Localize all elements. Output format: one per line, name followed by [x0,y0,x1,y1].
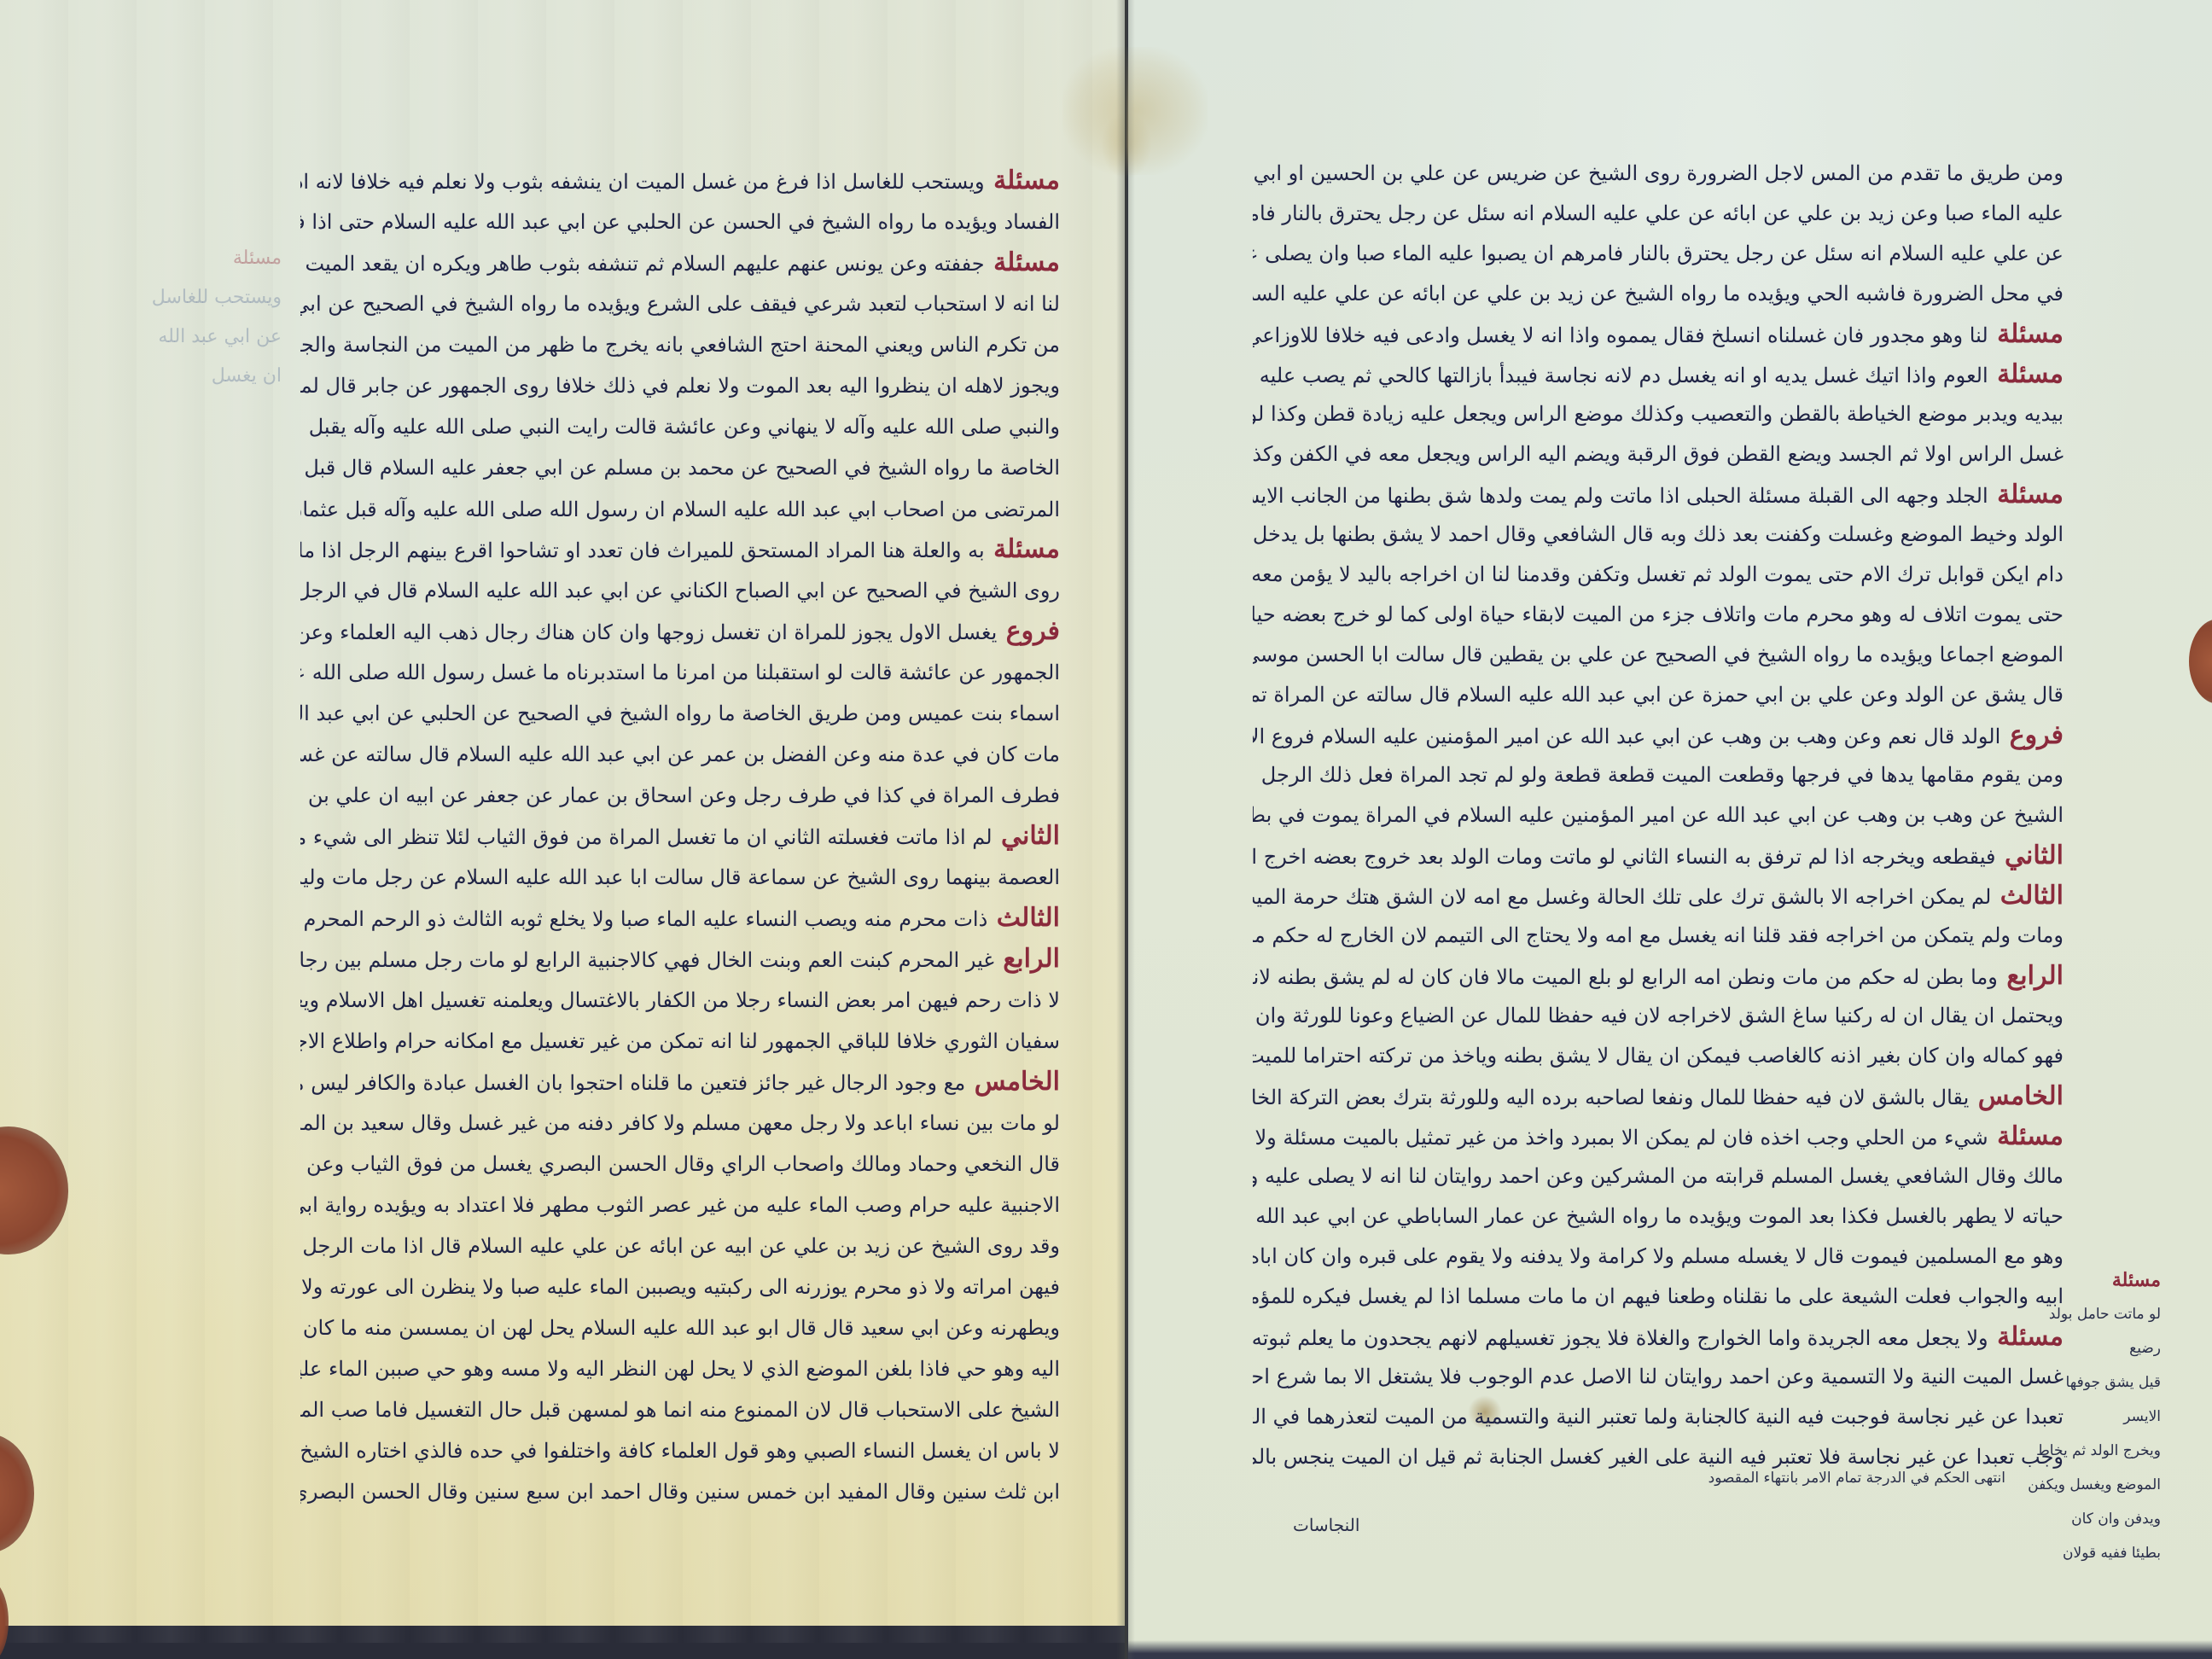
manuscript-line: لا باس ان يغسل النساء الصبي وهو قول العل… [300,1430,1060,1471]
manuscript-line: سفيان الثوري خلافا للباقي الجمهور لنا ان… [300,1021,1060,1062]
manuscript-line: مسئلة ولا يجعل معه الجريدة واما الخوارج … [1253,1317,2064,1357]
ghost-line: ويستحب للغاسل [111,278,282,317]
line-text: روى الشيخ في الصحيح عن ابي الصباح الكنان… [300,579,1060,602]
line-text: غسل الراس اولا ثم الجسد ويضع القطن فوق ا… [1253,442,2064,466]
manuscript-line: فروع يغسل الاول يجوز للمراة ان تغسل زوجه… [300,611,1060,652]
marginal-note: مسئلة لو ماتت حامل بولد رضيع قيل يشق جوف… [2024,1263,2161,1570]
margin-line: ويدفن وان كان [2024,1502,2161,1536]
line-text: الموضع اجماعا ويؤيده ما رواه الشيخ في ال… [1253,643,2064,667]
line-text: لنا وهو مجدور فان غسلناه انسلخ فقال يممو… [1253,323,1988,347]
line-text: اليه وهو حي فاذا بلغن الموضع الذي لا يحل… [300,1357,1060,1381]
manuscript-line: الولد وخيط الموضع وغسلت وكفنت بعد ذلك وب… [1253,515,2064,555]
manuscript-line: الشيخ عن وهب بن وهب عن ابي عبد الله عن ا… [1253,795,2064,835]
rubric-heading: مسئلة [1988,1121,2064,1151]
line-text: وجب تعبدا عن غير نجاسة فلا تعتبر فيه الن… [1253,1445,2064,1469]
bleed-through-text: مسئلة ويستحب للغاسل عن ابي عبد الله ان ي… [111,239,282,396]
rubric-heading: الرابع [994,944,1060,974]
margin-line: الموضع ويغسل ويكفن [2024,1468,2161,1502]
line-text: والنبي صلى الله عليه وآله لا ينهاني وعن … [300,415,1060,439]
margin-line: لو ماتت حامل بولد رضيع [2024,1297,2161,1365]
line-text: العصمة بينهما روى الشيخ عن سماعة قال سال… [300,865,1060,889]
line-text: الخاصة ما رواه الشيخ في الصحيح عن محمد ب… [300,456,1060,480]
line-text: حتى يموت اتلاف له وهو محرم مات واتلاف جز… [1253,602,2064,626]
line-text: الولد قال نعم وعن وهب بن وهب عن ابي عبد … [1253,725,2000,748]
right-page-text-block: ومن طريق ما تقدم من المس لاجل الضرورة رو… [1253,154,2064,1477]
line-text: مات كان في عدة منه وعن الفضل بن عمر عن ا… [300,742,1060,766]
rubric-heading: مسئلة [1988,319,2064,349]
manuscript-line: حياته لا يطهر بالغسل فكذا بعد الموت ويؤي… [1253,1196,2064,1237]
manuscript-line: قال النخعي وحماد ومالك واصحاب الراي وقال… [300,1144,1060,1185]
line-text: الشيخ عن وهب بن وهب عن ابي عبد الله عن ا… [1253,803,2064,827]
manuscript-line: الفساد ويؤيده ما رواه الشيخ في الحسن عن … [300,201,1060,242]
manuscript-line: مسئلة الجلد وجهه الى القبلة مسئلة الحبلى… [1253,474,2064,515]
line-text: لا باس ان يغسل النساء الصبي وهو قول العل… [300,1439,1060,1463]
line-text: الجلد وجهه الى القبلة مسئلة الحبلى اذا م… [1253,484,1988,508]
line-text: فهو كماله وان كان بغير اذنه كالغاصب فيمك… [1253,1044,2064,1068]
line-text: عن علي عليه السلام انه سئل عن رجل يحترق … [1253,242,2064,265]
manuscript-line: ومن يقوم مقامها يدها في فرجها وقطعت المي… [1253,755,2064,795]
rubric-heading: الثالث [987,903,1060,933]
margin-line: قيل يشق جوفها الايسر [2024,1365,2161,1434]
right-page-bottom-edge [1128,1640,2212,1659]
manuscript-line: لنا انه لا استحباب لتعبد شرعي فيقف على ا… [300,283,1060,324]
line-text: المرتضى من اصحاب ابي عبد الله عليه السلا… [300,498,1060,521]
line-text: عليه الماء صبا وعن زيد بن علي عن ابائه ع… [1253,201,2064,225]
manuscript-line: العصمة بينهما روى الشيخ عن سماعة قال سال… [300,857,1060,898]
ghost-line: عن ابي عبد الله [111,317,282,357]
line-text: الاجنبية عليه حرام وصب الماء عليه من غير… [300,1193,1060,1217]
manuscript-line: روى الشيخ في الصحيح عن ابي الصباح الكنان… [300,570,1060,611]
line-text: الشيخ على الاستحباب قال لان الممنوع منه … [300,1398,1060,1422]
line-text: الجمهور عن عائشة قالت لو استقبلنا من امر… [300,661,1060,684]
line-text: ذات محرم منه ويصب النساء عليه الماء صبا … [300,907,987,931]
manuscript-line: مسئلة لنا وهو مجدور فان غسلناه انسلخ فقا… [1253,314,2064,354]
line-text: لا ذات رحم فيهن امر بعض النساء رجلا من ا… [300,988,1060,1012]
rubric-heading: فروع [2000,720,2064,750]
manuscript-line: الشيخ على الاستحباب قال لان الممنوع منه … [300,1389,1060,1430]
line-text: بيديه ويدبر موضع الخياطة بالقطن والتعصيب… [1253,402,2064,426]
manuscript-line: مسئلة جففته وعن يونس عنهم عليهم السلام ث… [300,242,1060,283]
line-text: لم يمكن اخراجه الا بالشق ترك على تلك الح… [1253,885,1991,909]
manuscript-line: لا ذات رحم فيهن امر بعض النساء رجلا من ا… [300,980,1060,1021]
ghost-line: مسئلة [111,239,282,278]
margin-line: بطيئا ففيه قولان [2024,1536,2161,1570]
manuscript-line: ويطهرنه وعن ابي سعيد قال قال ابو عبد الل… [300,1307,1060,1348]
line-text: من تكرم الناس ويعني المحنة احتج الشافعي … [300,333,1060,357]
manuscript-line: والنبي صلى الله عليه وآله لا ينهاني وعن … [300,406,1060,447]
manuscript-line: غسل الميت النية ولا التسمية وعن احمد روا… [1253,1357,2064,1397]
manuscript-line: الخاصة ما رواه الشيخ في الصحيح عن محمد ب… [300,447,1060,488]
rubric-heading: فروع [997,616,1060,646]
ghost-line: ان يغسل [111,357,282,396]
manuscript-line: ابن ثلث سنين وقال المفيد ابن خمس سنين وق… [300,1471,1060,1512]
line-text: مع وجود الرجال غير جائز فتعين ما قلناه ا… [300,1071,965,1095]
line-text: تعبدا عن غير نجاسة فوجبت فيه النية كالجن… [1253,1405,2064,1429]
line-text: حياته لا يطهر بالغسل فكذا بعد الموت ويؤي… [1253,1204,2064,1228]
manuscript-line: مالك وقال الشافعي يغسل المسلم قرابته من … [1253,1156,2064,1196]
line-text: ابن ثلث سنين وقال المفيد ابن خمس سنين وق… [300,1480,1060,1504]
line-text: غسل الميت النية ولا التسمية وعن احمد روا… [1253,1365,2064,1388]
line-text: قال يشق عن الولد وعن علي بن ابي حمزة عن … [1253,683,2064,707]
manuscript-line: قال يشق عن الولد وعن علي بن ابي حمزة عن … [1253,675,2064,715]
line-text: وهو مع المسلمين فيموت قال لا يغسله مسلم … [1253,1244,2064,1268]
line-text: العوم واذا اتيك غسل يديه او انه يغسل دم … [1253,364,1988,387]
manuscript-line: الموضع اجماعا ويؤيده ما رواه الشيخ في ال… [1253,635,2064,675]
book-gutter [1116,0,1135,1659]
line-text: فيهن امراته ولا ذو محرم يوزرنه الى ركبتي… [300,1275,1060,1299]
manuscript-line: ابيه والجواب فعلت الشيعة على ما نقلناه و… [1253,1277,2064,1317]
manuscript-line: تعبدا عن غير نجاسة فوجبت فيه النية كالجن… [1253,1397,2064,1437]
line-text: الولد وخيط الموضع وغسلت وكفنت بعد ذلك وب… [1253,522,2064,546]
rubric-heading: الثاني [992,821,1060,851]
rubric-heading: مسئلة [985,166,1060,195]
manuscript-line: فطرف المراة في كذا في طرف رجل وعن اسحاق … [300,775,1060,816]
rubric-heading: الثالث [1991,881,2064,911]
manuscript-line: الرابع غير المحرم كبنت العم وبنت الخال ف… [300,939,1060,980]
line-text: لو مات بين نساء اباعد ولا رجل معهن مسلم … [300,1111,1060,1135]
manuscript-line: فيهن امراته ولا ذو محرم يوزرنه الى ركبتي… [300,1266,1060,1307]
manuscript-line: وقد روى الشيخ عن زيد بن علي عن ابيه عن ا… [300,1225,1060,1266]
line-text: فطرف المراة في كذا في طرف رجل وعن اسحاق … [300,783,1060,807]
manuscript-line: الجمهور عن عائشة قالت لو استقبلنا من امر… [300,652,1060,693]
manuscript-line: وهو مع المسلمين فيموت قال لا يغسله مسلم … [1253,1237,2064,1277]
line-text: في محل الضرورة فاشبه الحي ويؤيده ما رواه… [1253,282,2064,306]
manuscript-line: فروع الولد قال نعم وعن وهب بن وهب عن ابي… [1253,715,2064,755]
line-text: جففته وعن يونس عنهم عليهم السلام ثم تنشف… [300,252,985,276]
line-text: ويحتمل ان يقال ان له ركنيا ساغ الشق لاخر… [1253,1004,2064,1027]
manuscript-line: الاجنبية عليه حرام وصب الماء عليه من غير… [300,1185,1060,1225]
manuscript-line: عليه الماء صبا وعن زيد بن علي عن ابائه ع… [1253,194,2064,234]
manuscript-line: ومات ولم يتمكن من اخراجه فقد قلنا انه يغ… [1253,916,2064,956]
rubric-heading: مسئلة [985,247,1060,277]
rubric-heading: مسئلة [1988,480,2064,509]
line-text: الفساد ويؤيده ما رواه الشيخ في الحسن عن … [300,210,1060,234]
line-text: ويستحب للغاسل اذا فرغ من غسل الميت ان ين… [300,170,985,194]
line-text: ويجوز لاهله ان ينظروا اليه بعد الموت ولا… [300,374,1060,398]
manuscript-line: اليه وهو حي فاذا بلغن الموضع الذي لا يحل… [300,1348,1060,1389]
manuscript-line: حتى يموت اتلاف له وهو محرم مات واتلاف جز… [1253,595,2064,635]
line-text: وقد روى الشيخ عن زيد بن علي عن ابيه عن ا… [300,1234,1060,1258]
manuscript-line: مسئلة شيء من الحلي وجب اخذه فان لم يمكن … [1253,1116,2064,1156]
rubric-heading: الخامس [965,1067,1060,1097]
manuscript-line: غسل الراس اولا ثم الجسد ويضع القطن فوق ا… [1253,434,2064,474]
line-text: يقال بالشق لان فيه حفظا للمال ونفعا لصاح… [1253,1086,1969,1109]
manuscript-line: الثاني فيقطعه ويخرجه اذا لم ترفق به النس… [1253,835,2064,876]
line-text: مالك وقال الشافعي يغسل المسلم قرابته من … [1253,1164,2064,1188]
line-text: وما بطن له حكم من مات ونطن امه الرابع لو… [1253,965,1998,989]
line-text: ابيه والجواب فعلت الشيعة على ما نقلناه و… [1253,1284,2064,1308]
left-page-text-block: مسئلة ويستحب للغاسل اذا فرغ من غسل الميت… [300,160,1060,1512]
line-text: يغسل الاول يجوز للمراة ان تغسل زوجها وان… [300,620,997,644]
manuscript-line: الخامس مع وجود الرجال غير جائز فتعين ما … [300,1062,1060,1103]
manuscript-line: الرابع وما بطن له حكم من مات ونطن امه ال… [1253,956,2064,996]
closing-note: انتهى الحكم في الدرجة تمام الامر بانتهاء… [1604,1470,2005,1487]
manuscript-line: مات كان في عدة منه وعن الفضل بن عمر عن ا… [300,734,1060,775]
manuscript-line: مسئلة به والعلة هنا المراد المستحق للمير… [300,529,1060,570]
manuscript-line: المرتضى من اصحاب ابي عبد الله عليه السلا… [300,488,1060,529]
line-text: اسماء بنت عميس ومن طريق الخاصة ما رواه ا… [300,701,1060,725]
line-text: ومن طريق ما تقدم من المس لاجل الضرورة رو… [1253,161,2064,185]
manuscript-line: لو مات بين نساء اباعد ولا رجل معهن مسلم … [300,1103,1060,1144]
manuscript-line: دام ايكن قوابل ترك الام حتى يموت الولد ث… [1253,555,2064,595]
manuscript-line: الثالث ذات محرم منه ويصب النساء عليه الم… [300,898,1060,939]
manuscript-line: الخامس يقال بالشق لان فيه حفظا للمال ونف… [1253,1076,2064,1116]
manuscript-spread: مسئلة ويستحب للغاسل عن ابي عبد الله ان ي… [0,0,2212,1659]
line-text: ومن يقوم مقامها يدها في فرجها وقطعت المي… [1253,763,2064,787]
margin-line: ويخرج الولد ثم يخاط [2024,1434,2161,1468]
manuscript-line: مسئلة ويستحب للغاسل اذا فرغ من غسل الميت… [300,160,1060,201]
manuscript-line: بيديه ويدبر موضع الخياطة بالقطن والتعصيب… [1253,394,2064,434]
manuscript-line: عن علي عليه السلام انه سئل عن رجل يحترق … [1253,234,2064,274]
manuscript-line: الثاني لم اذا ماتت فغسلته الثاني ان ما ت… [300,816,1060,857]
line-text: لم اذا ماتت فغسلته الثاني ان ما تغسل الم… [300,825,992,849]
line-text: ويطهرنه وعن ابي سعيد قال قال ابو عبد الل… [300,1316,1060,1340]
rubric-heading: الرابع [1998,961,2064,991]
manuscript-line: الثالث لم يمكن اخراجه الا بالشق ترك على … [1253,876,2064,916]
rubric-heading: مسئلة [985,534,1060,564]
manuscript-line: فهو كماله وان كان بغير اذنه كالغاصب فيمك… [1253,1036,2064,1076]
rubric-heading: مسئلة [1988,359,2064,389]
line-text: لنا انه لا استحباب لتعبد شرعي فيقف على ا… [300,292,1060,316]
manuscript-line: مسئلة العوم واذا اتيك غسل يديه او انه يغ… [1253,354,2064,394]
line-text: قال النخعي وحماد ومالك واصحاب الراي وقال… [300,1152,1060,1176]
line-text: غير المحرم كبنت العم وبنت الخال فهي كالا… [300,948,994,972]
manuscript-line: ويجوز لاهله ان ينظروا اليه بعد الموت ولا… [300,365,1060,406]
line-text: به والعلة هنا المراد المستحق للميراث فان… [300,538,985,562]
manuscript-line: من تكرم الناس ويعني المحنة احتج الشافعي … [300,324,1060,365]
rubric-heading: الثاني [1996,841,2064,870]
rubric-heading: الخامس [1969,1081,2064,1111]
line-text: سفيان الثوري خلافا للباقي الجمهور لنا ان… [300,1029,1060,1053]
manuscript-line: اسماء بنت عميس ومن طريق الخاصة ما رواه ا… [300,693,1060,734]
left-page-bottom-edge [0,1626,1125,1659]
catchword: النجاسات [1293,1515,1359,1535]
line-text: ومات ولم يتمكن من اخراجه فقد قلنا انه يغ… [1253,923,2064,947]
manuscript-line: ومن طريق ما تقدم من المس لاجل الضرورة رو… [1253,154,2064,194]
line-text: فيقطعه ويخرجه اذا لم ترفق به النساء الثا… [1253,845,1996,869]
line-text: ولا يجعل معه الجريدة واما الخوارج والغلا… [1253,1326,1988,1350]
margin-rubric: مسئلة [2024,1263,2161,1297]
manuscript-line: في محل الضرورة فاشبه الحي ويؤيده ما رواه… [1253,274,2064,314]
manuscript-line: ويحتمل ان يقال ان له ركنيا ساغ الشق لاخر… [1253,996,2064,1036]
line-text: دام ايكن قوابل ترك الام حتى يموت الولد ث… [1253,562,2064,586]
line-text: شيء من الحلي وجب اخذه فان لم يمكن الا بم… [1253,1126,1988,1150]
